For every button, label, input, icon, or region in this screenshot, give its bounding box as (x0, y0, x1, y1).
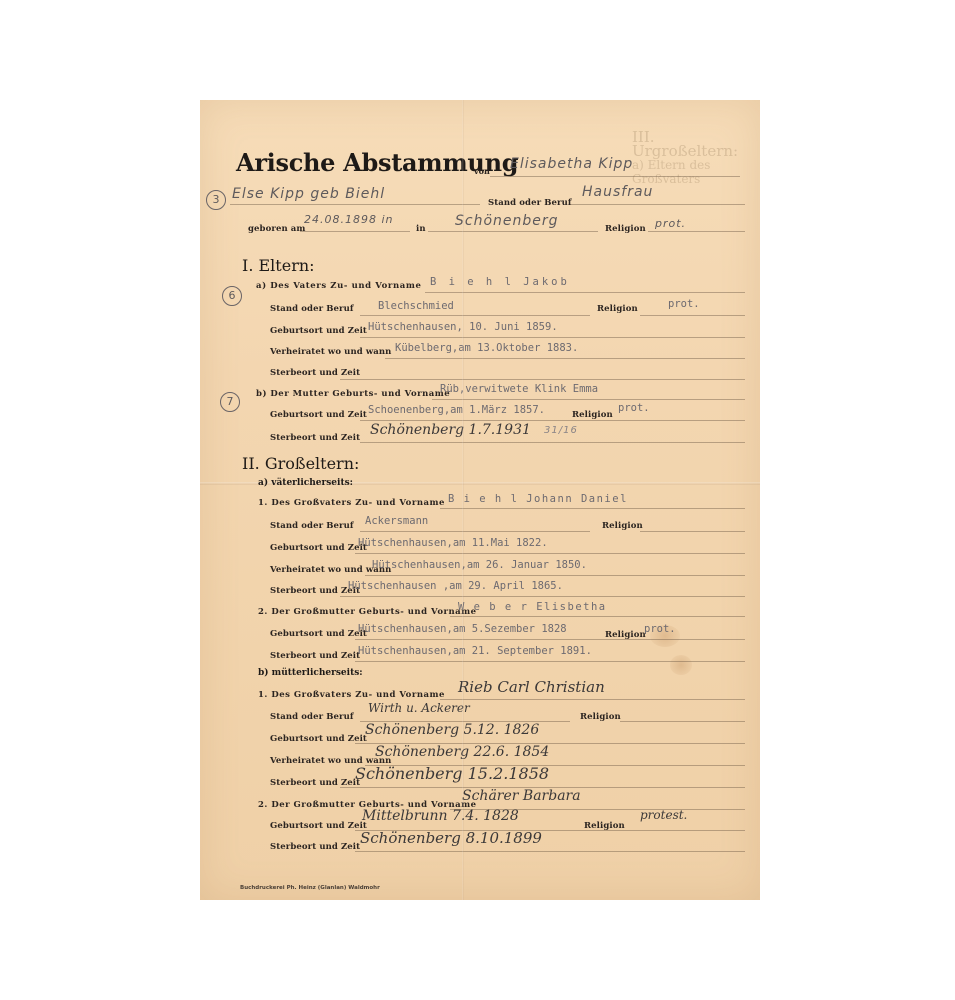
label-father-birth: Geburtsort und Zeit (270, 326, 367, 336)
father-stand: Blechschmied (378, 300, 454, 312)
person-religion: prot. (655, 217, 686, 230)
underline (355, 661, 745, 662)
underline (355, 639, 745, 640)
label-mother-death: Sterbeort und Zeit (270, 433, 360, 443)
document-page: III. Urgroßeltern: a) Eltern des Großvat… (200, 100, 760, 900)
mgf-death: Schönenberg 15.2.1858 (355, 764, 549, 783)
underline (360, 531, 590, 532)
father-birth: Hütschenhausen, 10. Juni 1859. (368, 321, 558, 333)
underline (230, 204, 480, 205)
mother-death: Schönenberg 1.7.1931 (370, 422, 531, 438)
circle-number: 3 (206, 190, 226, 210)
mother-name: Rüb,verwitwete Klink Emma (440, 383, 598, 395)
label-mgm-religion: Religion (584, 821, 625, 831)
mgf-stand: Wirth u. Ackerer (368, 701, 470, 715)
person-place: Schönenberg (455, 213, 559, 229)
mgm-name: Schärer Barbara (462, 788, 581, 804)
underline (355, 553, 745, 554)
label-father-stand: Stand oder Beruf (270, 304, 354, 314)
pgm-birth: Hütschenhausen,am 5.Sezember 1828 (358, 623, 567, 635)
subject-name: Elisabetha Kipp (510, 156, 633, 172)
circle-number: 7 (220, 392, 240, 412)
label-mgf-stand: Stand oder Beruf (270, 712, 354, 722)
underline (440, 699, 745, 700)
label-father-religion: Religion (597, 304, 638, 314)
underline (360, 442, 745, 443)
pgf-stand: Ackersmann (365, 515, 428, 527)
label-mgf-birth: Geburtsort und Zeit (270, 734, 367, 744)
label-mother-religion: Religion (572, 410, 613, 420)
pgf-name: B i e h l Johann Daniel (448, 493, 628, 505)
father-name: B i e h l Jakob (430, 276, 570, 288)
underline (360, 420, 745, 421)
mother-birth: Schoenenberg,am 1.März 1857. (368, 404, 545, 416)
person-born: 24.08.1898 in (304, 213, 394, 226)
circle-number: 6 (222, 286, 242, 306)
label-stand: Stand oder Beruf (488, 198, 572, 208)
mgm-birth: Mittelbrunn 7.4. 1828 (362, 808, 519, 824)
pgf-birth: Hütschenhausen,am 11.Mai 1822. (358, 537, 548, 549)
underline (425, 292, 745, 293)
section-heading-grandparents: II. Großeltern: (242, 454, 359, 473)
father-religion: prot. (668, 298, 700, 310)
underline (300, 231, 410, 232)
label-born: geboren am (248, 224, 306, 234)
label-mgf-religion: Religion (580, 712, 621, 722)
label-pgm-birth: Geburtsort und Zeit (270, 629, 367, 639)
pgf-death: Hütschenhausen ,am 29. April 1865. (348, 580, 563, 592)
label-religion: Religion (605, 224, 646, 234)
printer-imprint: Buchdruckerei Ph. Heinz (Glanlan) Waldmo… (240, 885, 380, 891)
underline (570, 204, 745, 205)
label-pgm-religion: Religion (605, 630, 646, 640)
mgf-married: Schönenberg 22.6. 1854 (375, 744, 549, 760)
underline (360, 337, 745, 338)
underline (432, 399, 745, 400)
label-father-name: a) Des Vaters Zu- und Vorname (256, 281, 421, 291)
paternal-heading: a) väterlicherseits: (258, 478, 353, 488)
father-married: Kübelberg,am 13.Oktober 1883. (395, 342, 578, 354)
label-mother-birth: Geburtsort und Zeit (270, 410, 367, 420)
underline (385, 358, 745, 359)
underline (365, 575, 745, 576)
mgf-birth: Schönenberg 5.12. 1826 (365, 722, 539, 738)
mother-death-note: 31/16 (544, 425, 578, 436)
label-pgf-death: Sterbeort und Zeit (270, 586, 360, 596)
pgm-name: W e b e r Elisbetha (458, 601, 607, 613)
underline (428, 231, 598, 232)
bleed-through-text: III. Urgroßeltern: a) Eltern des Großvat… (632, 130, 760, 186)
label-pgm-death: Sterbeort und Zeit (270, 651, 360, 661)
label-pgm-name: 2. Der Großmutter Geburts- und Vorname (258, 607, 477, 617)
label-mother-name: b) Der Mutter Geburts- und Vorname (256, 389, 450, 399)
mother-religion: prot. (618, 402, 650, 414)
underline (355, 851, 745, 852)
label-pgf-stand: Stand oder Beruf (270, 521, 354, 531)
label-in: in (416, 224, 426, 234)
mgf-name: Rieb Carl Christian (458, 678, 605, 696)
person-stand: Hausfrau (582, 184, 653, 200)
underline (340, 379, 745, 380)
pgf-married: Hütschenhausen,am 26. Januar 1850. (372, 559, 587, 571)
label-father-married: Verheiratet wo und wann (270, 347, 391, 357)
label-mgm-death: Sterbeort und Zeit (270, 842, 360, 852)
label-mgf-name: 1. Des Großvaters Zu- und Vorname (258, 690, 445, 700)
mgm-death: Schönenberg 8.10.1899 (360, 829, 542, 847)
pgm-religion: prot. (644, 623, 676, 635)
underline (450, 616, 745, 617)
maternal-heading: b) mütterlicherseits: (258, 668, 363, 678)
underline (360, 315, 590, 316)
underline (640, 531, 745, 532)
underline (440, 508, 745, 509)
paper-stain (670, 655, 692, 675)
underline (340, 596, 745, 597)
label-mgm-birth: Geburtsort und Zeit (270, 821, 367, 831)
mgm-religion: protest. (640, 808, 687, 822)
section-heading-parents: I. Eltern: (242, 256, 315, 275)
underline (620, 721, 745, 722)
pgm-death: Hütschenhausen,am 21. September 1891. (358, 645, 592, 657)
underline (648, 231, 745, 232)
person-name: Else Kipp geb Biehl (232, 186, 385, 202)
underline (640, 315, 745, 316)
label-pgf-religion: Religion (602, 521, 643, 531)
label-pgf-birth: Geburtsort und Zeit (270, 543, 367, 553)
label-father-death: Sterbeort und Zeit (270, 368, 360, 378)
underline (490, 176, 740, 177)
label-pgf-name: 1. Des Großvaters Zu- und Vorname (258, 498, 445, 508)
title-von: von (474, 166, 490, 176)
